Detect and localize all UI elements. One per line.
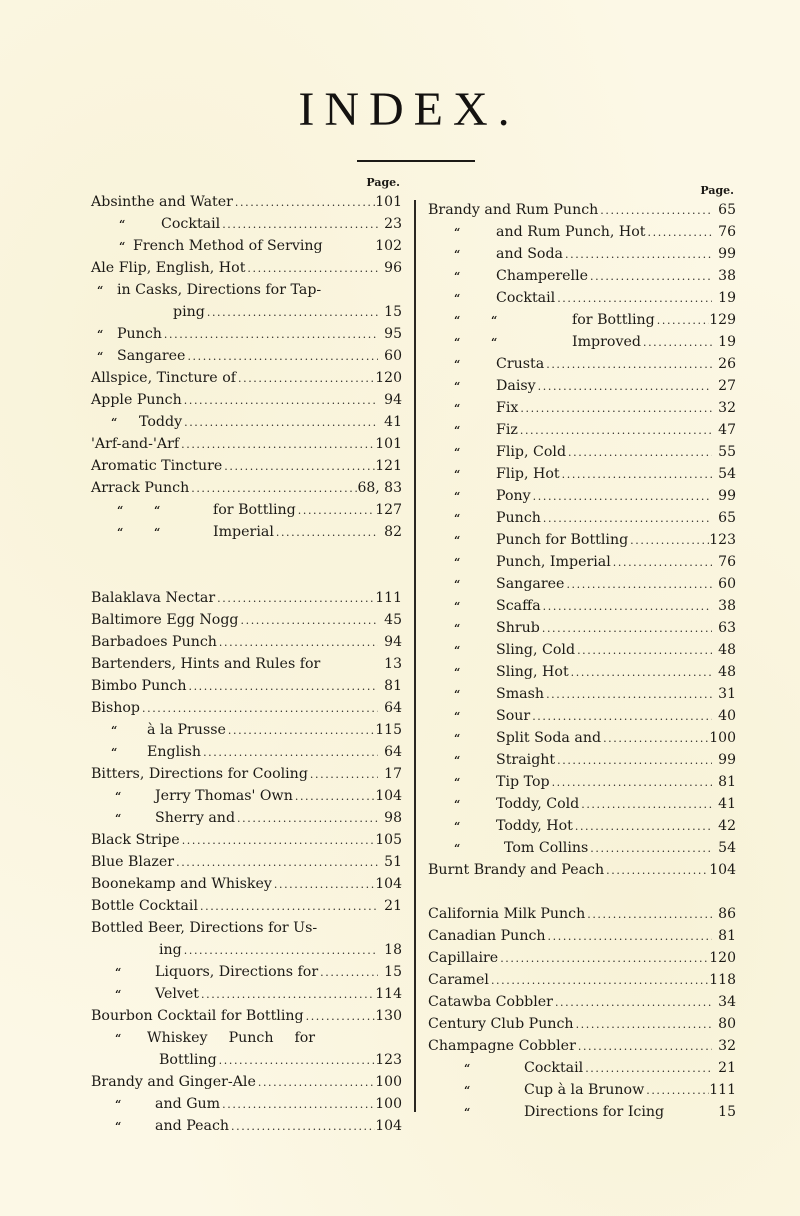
ditto-mark: “ — [111, 720, 147, 742]
ditto-mark: “ — [454, 816, 496, 838]
index-entry: “Cup à la Brunow111 — [428, 1079, 736, 1101]
ditto-mark: “ — [111, 742, 147, 764]
ditto-mark: “ — [454, 398, 496, 420]
index-entry: “Split Soda and100 — [428, 727, 736, 749]
index-entry: “and Soda99 — [428, 243, 736, 265]
index-entry: Bitters, Directions for Cooling17 — [91, 763, 402, 785]
ditto-mark: “ — [454, 596, 496, 618]
ditto-mark: “ — [454, 684, 496, 706]
index-entry: Arrack Punch68, 83 — [91, 477, 402, 499]
index-entry: Barbadoes Punch94 — [91, 631, 402, 653]
ditto-mark: “ — [454, 728, 496, 750]
column-divider — [414, 200, 416, 1112]
index-entry: Ale Flip, English, Hot96 — [91, 257, 402, 279]
ditto-mark: “ “ — [454, 310, 572, 332]
ditto-mark: “ — [115, 1094, 155, 1116]
ditto-mark: “ — [119, 236, 133, 258]
ditto-mark: “ — [115, 1116, 155, 1138]
index-entry: Black Stripe105 — [91, 829, 402, 851]
index-entry: “ “Imperial82 — [91, 521, 402, 543]
ditto-mark: “ — [454, 662, 496, 684]
index-entry: “French Method of Serving102 — [91, 235, 402, 257]
index-entry: Balaklava Nectar111 — [91, 587, 402, 609]
index-entry: Bourbon Cocktail for Bottling130 — [91, 1005, 402, 1027]
index-entry: Bishop64 — [91, 697, 402, 719]
index-entry: Capillaire120 — [428, 947, 736, 969]
ditto-mark: “ — [97, 280, 117, 302]
index-entry: “Cocktail19 — [428, 287, 736, 309]
index-entry: “Shrub63 — [428, 617, 736, 639]
ditto-mark: “ — [115, 786, 155, 808]
index-entry: “Pony99 — [428, 485, 736, 507]
ditto-mark: “ — [454, 574, 496, 596]
ditto-mark: “ — [454, 838, 504, 860]
ditto-mark: “ — [115, 962, 155, 984]
index-entry: “Toddy, Hot42 — [428, 815, 736, 837]
index-entry: “Sling, Cold48 — [428, 639, 736, 661]
index-entry: Caramel118 — [428, 969, 736, 991]
index-entry: “and Gum100 — [91, 1093, 402, 1115]
index-entry: Bimbo Punch81 — [91, 675, 402, 697]
index-entry: “ “Improved19 — [428, 331, 736, 353]
index-entry: “Punch65 — [428, 507, 736, 529]
index-entry: 'Arf-and-'Arf101 — [91, 433, 402, 455]
ditto-mark: “ — [454, 376, 496, 398]
index-entry: California Milk Punch86 — [428, 903, 736, 925]
index-entry: “Fix32 — [428, 397, 736, 419]
index-entry: “Punch95 — [91, 323, 402, 345]
index-entry: “in Casks, Directions for Tap- — [91, 279, 402, 301]
index-entry: “Tip Top81 — [428, 771, 736, 793]
ditto-mark: “ — [454, 750, 496, 772]
ditto-mark: “ — [115, 984, 155, 1006]
ditto-mark: “ — [464, 1102, 524, 1124]
ditto-mark: “ — [454, 222, 496, 244]
ditto-mark: “ — [111, 412, 139, 434]
section-gap — [91, 543, 402, 587]
ditto-mark: “ — [454, 486, 496, 508]
index-entry: “Sling, Hot48 — [428, 661, 736, 683]
index-entry: “Daisy27 — [428, 375, 736, 397]
ditto-mark: “ — [454, 530, 496, 552]
index-entry: “Sour40 — [428, 705, 736, 727]
index-entry: “Liquors, Directions for15 — [91, 961, 402, 983]
index-entry: “Directions for Icing15 — [428, 1101, 736, 1123]
index-entry: “Flip, Hot54 — [428, 463, 736, 485]
index-entry: Baltimore Egg Nogg45 — [91, 609, 402, 631]
index-entry: “Straight99 — [428, 749, 736, 771]
index-entry: “Toddy41 — [91, 411, 402, 433]
ditto-mark: “ — [115, 808, 155, 830]
index-entry: “Velvet114 — [91, 983, 402, 1005]
ditto-mark: “ — [454, 508, 496, 530]
index-entry: “English64 — [91, 741, 402, 763]
index-entry: “Jerry Thomas' Own104 — [91, 785, 402, 807]
index-entry: “Sherry and98 — [91, 807, 402, 829]
index-entry: “Flip, Cold55 — [428, 441, 736, 463]
index-entry: Champagne Cobbler32 — [428, 1035, 736, 1057]
ditto-mark: “ — [454, 464, 496, 486]
index-entry: “and Rum Punch, Hot76 — [428, 221, 736, 243]
index-entry: Brandy and Rum Punch65 — [428, 199, 736, 221]
index-entry: “Sangaree60 — [428, 573, 736, 595]
index-entry: “Smash31 — [428, 683, 736, 705]
section-gap — [428, 881, 736, 903]
index-entry: Boonekamp and Whiskey104 — [91, 873, 402, 895]
ditto-mark: “ — [97, 324, 117, 346]
index-entry: “Sangaree60 — [91, 345, 402, 367]
index-entry: “Cocktail23 — [91, 213, 402, 235]
index-entry: ping15 — [91, 301, 402, 323]
index-entry: “Tom Collins54 — [428, 837, 736, 859]
ditto-mark: “ — [454, 618, 496, 640]
index-entry: “Champerelle38 — [428, 265, 736, 287]
index-entry: Allspice, Tincture of120 — [91, 367, 402, 389]
ditto-mark: “ — [454, 266, 496, 288]
index-entry: “Punch for Bottling123 — [428, 529, 736, 551]
index-entry: Bottling123 — [91, 1049, 402, 1071]
ditto-mark: “ — [454, 420, 496, 442]
index-entry: “Fiz47 — [428, 419, 736, 441]
index-entry: Century Club Punch80 — [428, 1013, 736, 1035]
index-entry: Blue Blazer51 — [91, 851, 402, 873]
index-entry: “and Peach104 — [91, 1115, 402, 1137]
ditto-mark: “ “ — [117, 522, 213, 544]
ditto-mark: “ — [454, 640, 496, 662]
ditto-mark: “ — [115, 1028, 147, 1050]
ditto-mark: “ — [454, 772, 496, 794]
ditto-mark: “ “ — [454, 332, 572, 354]
index-entry: “ “for Bottling127 — [91, 499, 402, 521]
index-entry: Brandy and Ginger-Ale100 — [91, 1071, 402, 1093]
page-column-label: Page. — [91, 175, 402, 191]
index-entry: Aromatic Tincture121 — [91, 455, 402, 477]
index-entry: “Punch, Imperial76 — [428, 551, 736, 573]
title-rule — [357, 160, 475, 162]
ditto-mark: “ — [119, 214, 149, 236]
index-column-right: Page. Brandy and Rum Punch65 “and Rum Pu… — [428, 183, 736, 1123]
index-entry: Apple Punch94 — [91, 389, 402, 411]
ditto-mark: “ — [454, 794, 496, 816]
index-entry: Bottled Beer, Directions for Us- — [91, 917, 402, 939]
ditto-mark: “ — [464, 1080, 524, 1102]
index-entry: “Cocktail21 — [428, 1057, 736, 1079]
index-entry: Bartenders, Hints and Rules for13 — [91, 653, 402, 675]
index-entry: Canadian Punch81 — [428, 925, 736, 947]
index-entry: Absinthe and Water101 — [91, 191, 402, 213]
page-title: INDEX. — [0, 86, 800, 134]
index-entry: “Toddy, Cold41 — [428, 793, 736, 815]
ditto-mark: “ “ — [117, 500, 213, 522]
ditto-mark: “ — [454, 706, 496, 728]
index-entry: “Crusta26 — [428, 353, 736, 375]
index-entry: “Whiskey Punch for — [91, 1027, 402, 1049]
ditto-mark: “ — [97, 346, 117, 368]
index-entry: “ “for Bottling129 — [428, 309, 736, 331]
page-column-label: Page. — [428, 183, 736, 199]
index-entry: Burnt Brandy and Peach104 — [428, 859, 736, 881]
ditto-mark: “ — [454, 354, 496, 376]
index-entry: “Scaffa38 — [428, 595, 736, 617]
index-entry: ing18 — [91, 939, 402, 961]
ditto-mark: “ — [454, 442, 496, 464]
ditto-mark: “ — [454, 288, 496, 310]
index-column-left: Page. Absinthe and Water101 “Cocktail23 … — [91, 175, 402, 1137]
index-entry: Bottle Cocktail21 — [91, 895, 402, 917]
ditto-mark: “ — [454, 552, 496, 574]
ditto-mark: “ — [454, 244, 496, 266]
ditto-mark: “ — [464, 1058, 524, 1080]
index-entry: “à la Prusse115 — [91, 719, 402, 741]
index-entry: Catawba Cobbler34 — [428, 991, 736, 1013]
